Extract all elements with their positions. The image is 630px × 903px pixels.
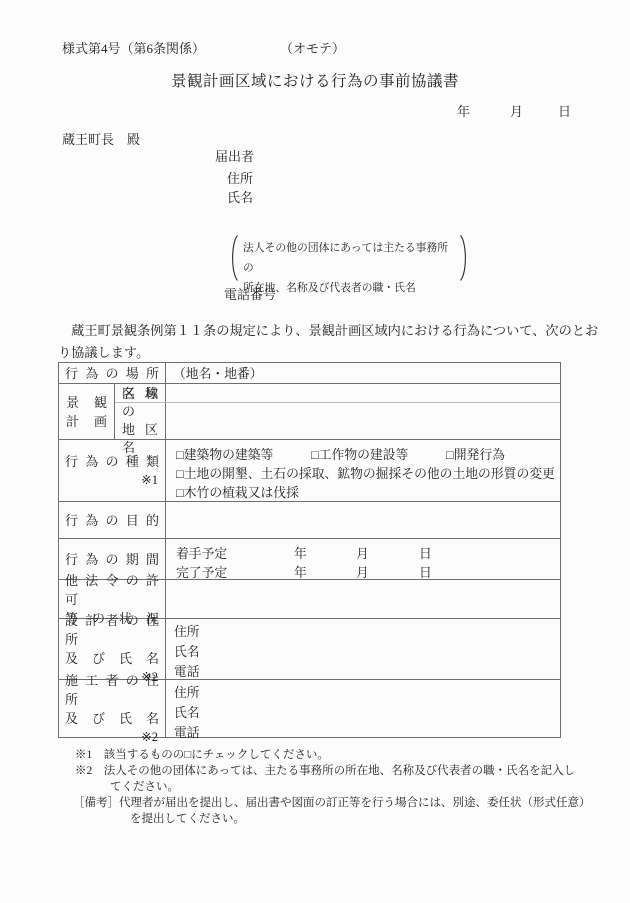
purpose-value: [166, 502, 560, 538]
act-type-value: □建築物の建築等 □工作物の建設等 □開発行為 □土地の開墾、土石の採取、鉱物の…: [166, 440, 560, 501]
designer-value: 住所 氏名 電話: [166, 619, 560, 679]
date-year-label: 年: [457, 104, 470, 119]
footnote-remark: ［備考］代理者が届出を提出し、届出書や図面の訂正等を行う場合には、別途、委任状（…: [73, 795, 598, 827]
contractor-value: 住所 氏名 電話: [166, 680, 560, 737]
footnote-2: ※2 法人その他の団体にあっては、主たる事務所の所在地、名称及び代表者の職・氏名…: [75, 763, 598, 795]
plan-district-subrow: 区 域 の 地 区 名: [115, 403, 560, 439]
date-day-label: 日: [558, 104, 571, 119]
consultation-table: 行 為 の 場 所 （地名・地番） 景 観 計 画 名 称 区: [58, 362, 561, 738]
close-bracket-icon: [459, 234, 470, 282]
checkbox-option-structure: □工作物の建設等: [311, 444, 408, 463]
landscape-plan-header: 景 観 計 画: [59, 384, 115, 439]
period-end-day-label: 日: [419, 562, 432, 581]
checkbox-option-development: □開発行為: [446, 444, 505, 463]
period-start-label: 着手予定: [176, 543, 227, 562]
other-laws-value: [166, 580, 560, 618]
checkbox-option-building: □建築物の建築等: [176, 444, 273, 463]
period-end-year-label: 年: [294, 562, 307, 581]
act-type-header: 行 為 の 種 類 ※1: [59, 440, 166, 501]
corporate-note-block: 法人その他の団体にあっては主たる事務所の 所在地、名称及び代表者の職・氏名: [228, 234, 470, 282]
plan-district-value: [166, 403, 560, 439]
table-row-place: 行 為 の 場 所 （地名・地番）: [59, 363, 560, 383]
table-row-contractor: 施 工 者 の 住 所 及 び 氏 名 ※2 住所 氏名 電話: [59, 679, 560, 737]
period-value: 着手予定 年 月 日 完了予定 年 月 日: [166, 539, 560, 579]
phone-number-label: 電話番号: [224, 284, 276, 303]
table-row-purpose: 行 為 の 目 的: [59, 501, 560, 538]
corporate-note-text: 法人その他の団体にあっては主たる事務所の 所在地、名称及び代表者の職・氏名: [243, 234, 456, 282]
page-title: 景観計画区域における行為の事前協議書: [0, 69, 630, 91]
table-row-landscape-plan: 景 観 計 画 名 称 区 域 の 地 区 名: [59, 383, 560, 439]
contractor-header: 施 工 者 の 住 所 及 び 氏 名 ※2: [59, 680, 166, 737]
applicant-address-label: 住所: [227, 168, 253, 187]
period-start-month-label: 月: [356, 543, 369, 562]
designer-contact-labels: 住所 氏名 電話: [166, 619, 560, 682]
table-row-act-type: 行 為 の 種 類 ※1 □建築物の建築等 □工作物の建設等 □開発行為 □土地…: [59, 439, 560, 501]
purpose-header: 行 為 の 目 的: [59, 502, 166, 538]
period-start-year-label: 年: [294, 543, 307, 562]
front-side-label: （オモテ）: [280, 38, 345, 57]
place-value: （地名・地番）: [166, 363, 560, 383]
applicant-name-label: 氏名: [227, 187, 253, 206]
date-month-label: 月: [510, 104, 523, 119]
place-header: 行 為 の 場 所: [59, 363, 166, 383]
footnotes: ※1 該当するものの□にチェックしてください。 ※2 法人その他の団体にあっては…: [73, 747, 598, 827]
footnote-1: ※1 該当するものの□にチェックしてください。: [75, 747, 598, 763]
period-start-day-label: 日: [419, 543, 432, 562]
plan-district-header: 区 域 の 地 区 名: [115, 403, 166, 439]
checkbox-option-planting-felling: □木竹の植栽又は伐採: [176, 482, 299, 501]
form-number-label: 様式第4号（第6条関係）: [62, 38, 205, 57]
open-bracket-icon: [228, 234, 239, 282]
applicant-label: 届出者: [215, 146, 254, 165]
period-end-label: 完了予定: [176, 562, 227, 581]
checkbox-option-land-alteration: □土地の開墾、土石の採取、鉱物の掘採その他の土地の形質の変更: [176, 463, 555, 482]
plan-name-subrow: 名 称: [115, 384, 560, 403]
document-page: 様式第4号（第6条関係） （オモテ） 景観計画区域における行為の事前協議書 年 …: [0, 0, 630, 903]
plan-name-value: [166, 384, 560, 402]
act-type-note-ref: ※1: [65, 471, 159, 490]
period-end-month-label: 月: [356, 562, 369, 581]
intro-paragraph: 蔵王町景観条例第１１条の規定により、景観計画区域内における行為について、次のとお…: [58, 320, 603, 363]
contractor-note-ref: ※2: [65, 728, 159, 747]
addressee-label: 蔵王町長 殿: [62, 129, 140, 148]
contractor-contact-labels: 住所 氏名 電話: [166, 680, 560, 743]
